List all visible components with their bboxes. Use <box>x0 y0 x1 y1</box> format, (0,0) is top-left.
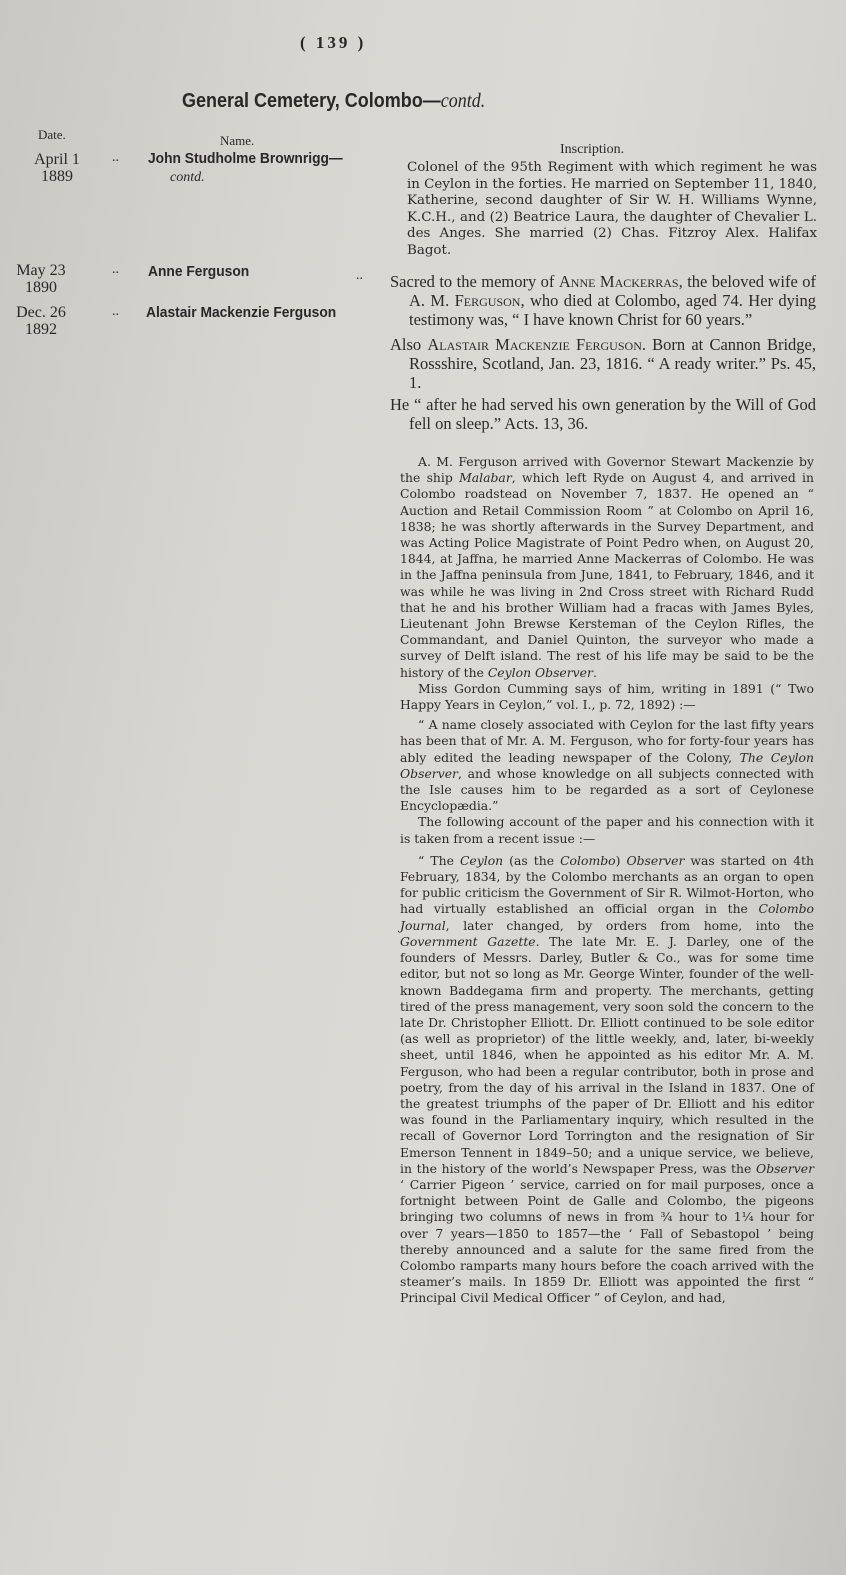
entry-name: Anne Ferguson <box>148 263 249 280</box>
paragraph: The following account of the paper and h… <box>400 814 814 846</box>
entry-name-contd: contd. <box>170 170 205 186</box>
leader-dots: .. <box>356 268 363 284</box>
leader-dots: .. <box>112 262 119 278</box>
paragraph: A. M. Ferguson arrived with Governor Ste… <box>400 454 814 681</box>
entry-date: April 1 1889 <box>22 151 92 185</box>
leader-dots: .. <box>112 304 119 320</box>
title-main: General Cemetery, Colombo— <box>182 90 441 112</box>
header-name: Name. <box>220 133 254 149</box>
entry-date: May 23 1890 <box>6 262 76 296</box>
date-year: 1892 <box>6 321 76 338</box>
paragraph: Miss Gordon Cumming says of him, writing… <box>400 681 814 713</box>
entry-name: John Studholme Brownrigg— <box>148 150 343 167</box>
quote-paragraph: “ A name closely associated with Ceylon … <box>400 717 814 814</box>
date-day: April 1 <box>22 151 92 168</box>
entry-date: Dec. 26 1892 <box>6 304 76 338</box>
inscription-anne: Sacred to the memory of Anne Mackerras, … <box>390 272 816 329</box>
inscription-brownrigg: Colonel of the 95th Regiment with which … <box>407 160 817 259</box>
inscription-ferguson: Sacred to the memory of Anne Mackerras, … <box>390 272 816 433</box>
date-year: 1889 <box>22 168 92 185</box>
entry-name: Alastair Mackenzie Ferguson <box>146 304 336 321</box>
inscription-text: Colonel of the 95th Regiment with which … <box>407 160 817 259</box>
header-date: Date. <box>38 127 66 143</box>
title-contd: contd. <box>441 90 485 112</box>
header-inscription: Inscription. <box>560 142 624 158</box>
inscription-scripture: He “ after he had served his own generat… <box>390 395 816 433</box>
date-day: May 23 <box>6 262 76 279</box>
leader-dots: .. <box>112 150 119 166</box>
date-day: Dec. 26 <box>6 304 76 321</box>
inscription-alastair: Also Alastair Mackenzie Ferguson. Born a… <box>390 335 816 392</box>
biography-text: A. M. Ferguson arrived with Governor Ste… <box>400 454 814 1307</box>
date-year: 1890 <box>6 279 76 296</box>
quote-paragraph: “ The Ceylon (as the Colombo) Observer w… <box>400 853 814 1307</box>
page-number: ( 139 ) <box>300 33 366 53</box>
page-title: General Cemetery, Colombo—contd. <box>182 90 485 113</box>
